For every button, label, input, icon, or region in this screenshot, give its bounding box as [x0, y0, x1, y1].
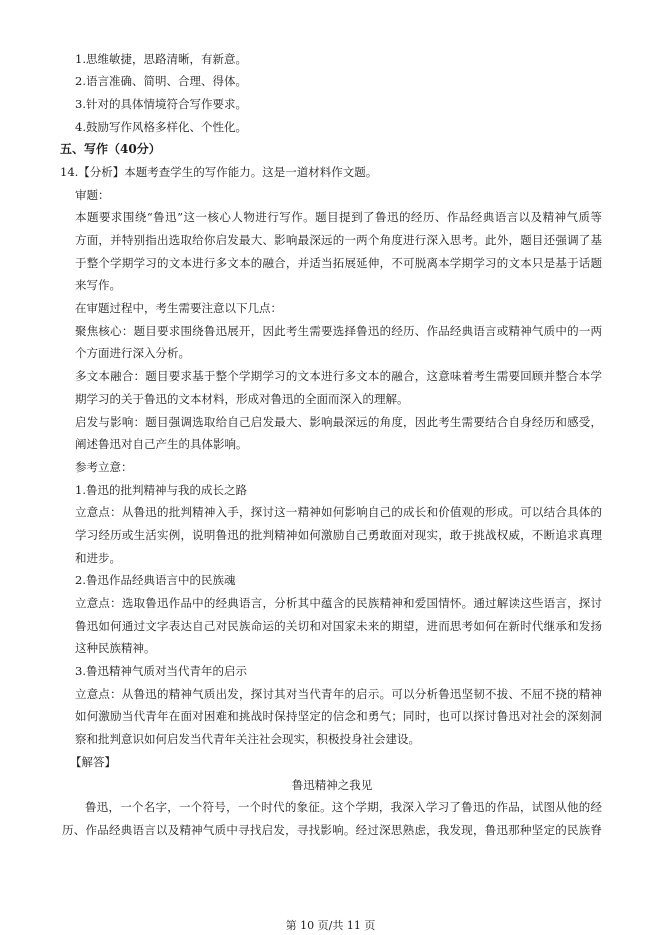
essay-title: 鲁迅精神之我见	[62, 774, 602, 797]
analysis-summary: 本题考查学生的写作能力。这是一道材料作文题。	[124, 165, 377, 179]
idea-line: 察和批判意识如何启发当代青年关注社会现实，积极投身社会建设。	[75, 728, 602, 751]
process-intro: 在审题过程中，考生需要注意以下几点：	[75, 297, 602, 320]
idea-title: 1.鲁迅的批判精神与我的成长之路	[75, 479, 602, 502]
review-label: 审题：	[75, 184, 602, 207]
scoring-criterion: 2.语言准确、简明、合理、得体。	[75, 70, 602, 93]
idea-line: 鲁迅如何通过文字表达自己对民族命运的关切和对国家未来的期望，进而思考如何在新时代…	[75, 615, 602, 638]
answer-label: 【解答】	[70, 751, 602, 774]
point-focus-line: 个方面进行深入分析。	[75, 342, 602, 365]
point-multitext-line: 期学习的关于鲁迅的文本材料，形成对鲁迅的全面而深入的理解。	[75, 388, 602, 411]
idea-line: 学习经历或生活实例，说明鲁迅的批判精神如何激励自己勇敢面对现实，敢于挑战权威，不…	[75, 524, 602, 547]
idea-line: 如何激励当代青年在面对困难和挑战时保持坚定的信念和勇气；同时，也可以探讨鲁迅对社…	[75, 705, 602, 728]
essay-line: 历、作品经典语言以及精神气质中寻找启发，寻找影响。经过深思熟虑，我发现，鲁迅那种…	[62, 819, 602, 842]
idea-line: 立意点：选取鲁迅作品中的经典语言，分析其中蕴含的民族精神和爱国情怀。通过解读这些…	[75, 592, 602, 615]
analysis-tag: 【分析】	[78, 165, 124, 179]
question-header: 14.【分析】本题考查学生的写作能力。这是一道材料作文题。	[60, 161, 602, 184]
point-multitext-line: 多文本融合：题目要求基于整个学期学习的文本进行多文本的融合，这意味着考生需要回顾…	[75, 365, 602, 388]
requirement-line: 本题要求围绕“鲁迅”这一核心人物进行写作。题目提到了鲁迅的经历、作品经典语言以及…	[75, 206, 602, 229]
document-page: 1.思维敏捷，思路清晰，有新意。 2.语言准确、简明、合理、得体。 3.针对的具…	[0, 48, 661, 842]
idea-line: 立意点：从鲁迅的精神气质出发，探讨其对当代青年的启示。可以分析鲁迅坚韧不拔、不屈…	[75, 683, 602, 706]
reference-label: 参考立意：	[75, 456, 602, 479]
section-heading: 五、写作（40分）	[60, 138, 602, 161]
requirement-line: 方面，并特别指出选取给你启发最大、影响最深远的一两个角度进行深入思考。此外，题目…	[75, 229, 602, 252]
scoring-criterion: 1.思维敏捷，思路清晰，有新意。	[75, 48, 602, 71]
scoring-criterion: 3.针对的具体情境符合写作要求。	[75, 93, 602, 116]
page-footer: 第 10 页/共 11 页	[0, 916, 661, 935]
requirement-line: 于整个学期学习的文本进行多文本的融合，并适当拓展延伸，不可脱离本学期学习的文本只…	[75, 252, 602, 275]
idea-line: 立意点：从鲁迅的批判精神入手，探讨这一精神如何影响自己的成长和价值观的形成。可以…	[75, 501, 602, 524]
scoring-criterion: 4.鼓励写作风格多样化、个性化。	[75, 116, 602, 139]
idea-line: 这种民族精神。	[75, 637, 602, 660]
point-focus-line: 聚焦核心：题目要求围绕鲁迅展开，因此考生需要选择鲁迅的经历、作品经典语言或精神气…	[75, 320, 602, 343]
idea-line: 和进步。	[75, 547, 602, 570]
idea-title: 3.鲁迅精神气质对当代青年的启示	[75, 660, 602, 683]
page-indicator: 第 10 页/共 11 页	[286, 919, 376, 932]
point-impact-line: 启发与影响：题目强调选取给自己启发最大、影响最深远的角度，因此考生需要结合自身经…	[75, 411, 602, 434]
essay-line: 鲁迅，一个名字，一个符号，一个时代的象征。这个学期，我深入学习了鲁迅的作品，试图…	[85, 796, 602, 819]
point-impact-line: 阐述鲁迅对自己产生的具体影响。	[75, 433, 602, 456]
question-number: 14.	[60, 165, 78, 179]
idea-title: 2.鲁迅作品经典语言中的民族魂	[75, 569, 602, 592]
requirement-line: 来写作。	[75, 274, 602, 297]
